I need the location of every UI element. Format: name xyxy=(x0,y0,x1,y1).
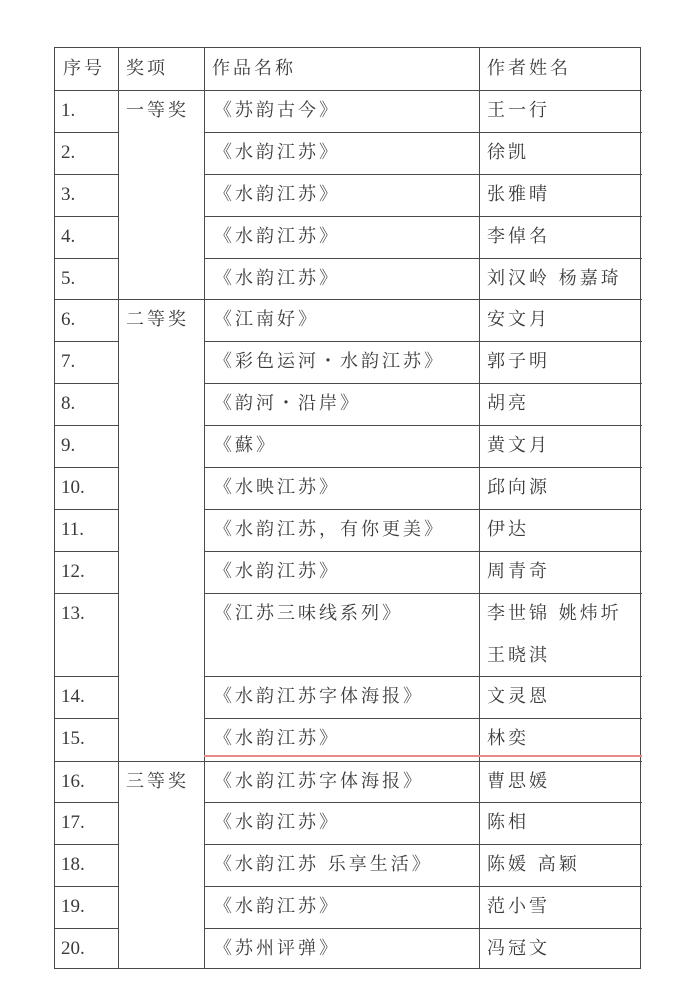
author-name: 刘汉岭 杨嘉琦 xyxy=(479,258,642,300)
author-name: 陈媛 高颖 xyxy=(479,844,642,886)
row-number: 16. xyxy=(55,761,118,802)
row-number: 11. xyxy=(55,509,118,551)
header-cell: 作品名称 xyxy=(204,48,479,90)
column-divider xyxy=(204,48,205,969)
highlight-underline xyxy=(204,755,642,757)
row-number: 2. xyxy=(55,132,118,174)
work-title: 《苏州评弹》 xyxy=(206,928,481,969)
row-number: 17. xyxy=(55,802,118,844)
work-title: 《彩色运河・水韵江苏》 xyxy=(206,341,481,383)
row-number: 13. xyxy=(55,593,118,676)
award-level: 三等奖 xyxy=(118,761,204,803)
row-number: 14. xyxy=(55,676,118,718)
header-cell: 奖项 xyxy=(118,48,204,90)
row-number: 6. xyxy=(55,299,118,341)
row-number: 10. xyxy=(55,467,118,509)
author-name: 曹思媛 xyxy=(479,761,642,803)
column-divider xyxy=(479,48,480,969)
work-title: 《水映江苏》 xyxy=(206,467,481,509)
row-number: 19. xyxy=(55,886,118,928)
author-name: 李世锦 姚炜圻 xyxy=(479,593,642,635)
work-title: 《水韵江苏》 xyxy=(206,258,481,299)
work-title: 《水韵江苏，有你更美》 xyxy=(206,509,481,551)
author-name: 王一行 xyxy=(479,90,642,132)
row-number: 20. xyxy=(55,928,118,969)
work-title: 《江南好》 xyxy=(206,299,481,341)
row-number: 18. xyxy=(55,844,118,886)
row-number: 8. xyxy=(55,383,118,425)
work-title: 《水韵江苏》 xyxy=(206,886,481,928)
author-name-line2: 王晓淇 xyxy=(479,635,642,676)
work-title: 《水韵江苏》 xyxy=(206,216,481,258)
row-number: 15. xyxy=(55,718,118,761)
author-name: 冯冠文 xyxy=(479,928,642,970)
work-title: 《水韵江苏字体海报》 xyxy=(206,761,481,802)
author-name: 胡亮 xyxy=(479,383,642,425)
work-title: 《韵河・沿岸》 xyxy=(206,383,481,425)
author-name: 伊达 xyxy=(479,509,642,551)
author-name: 徐凯 xyxy=(479,132,642,174)
author-name: 安文月 xyxy=(479,299,642,341)
row-number: 3. xyxy=(55,174,118,216)
row-number: 9. xyxy=(55,425,118,467)
award-level: 二等奖 xyxy=(118,299,204,341)
author-name: 黄文月 xyxy=(479,425,642,467)
row-number: 12. xyxy=(55,551,118,593)
work-title: 《苏韵古今》 xyxy=(206,90,481,132)
work-title: 《水韵江苏 乐享生活》 xyxy=(206,844,481,886)
work-title: 《水韵江苏》 xyxy=(206,802,481,844)
work-title: 《水韵江苏》 xyxy=(206,174,481,216)
author-name: 郭子明 xyxy=(479,341,642,383)
award-level: 一等奖 xyxy=(118,90,204,132)
row-number: 1. xyxy=(55,90,118,132)
author-name: 范小雪 xyxy=(479,886,642,928)
work-title: 《江苏三味线系列》 xyxy=(206,593,481,676)
header-cell: 序号 xyxy=(55,48,118,90)
row-number: 5. xyxy=(55,258,118,299)
row-number: 7. xyxy=(55,341,118,383)
awards-table: 序号奖项作品名称作者姓名1.《苏韵古今》王一行2.《水韵江苏》徐凯3.《水韵江苏… xyxy=(54,47,641,969)
work-title: 《蘇》 xyxy=(206,425,481,467)
author-name: 陈相 xyxy=(479,802,642,844)
author-name: 周青奇 xyxy=(479,551,642,593)
author-name: 张雅晴 xyxy=(479,174,642,216)
work-title: 《水韵江苏》 xyxy=(206,132,481,174)
author-name: 文灵恩 xyxy=(479,676,642,718)
work-title: 《水韵江苏字体海报》 xyxy=(206,676,481,718)
author-name: 邱向源 xyxy=(479,467,642,509)
row-number: 4. xyxy=(55,216,118,258)
header-cell: 作者姓名 xyxy=(479,48,642,90)
author-name: 林奕 xyxy=(479,718,642,760)
work-title: 《水韵江苏》 xyxy=(206,551,481,593)
column-divider xyxy=(118,48,119,969)
author-name: 李倬名 xyxy=(479,216,642,258)
